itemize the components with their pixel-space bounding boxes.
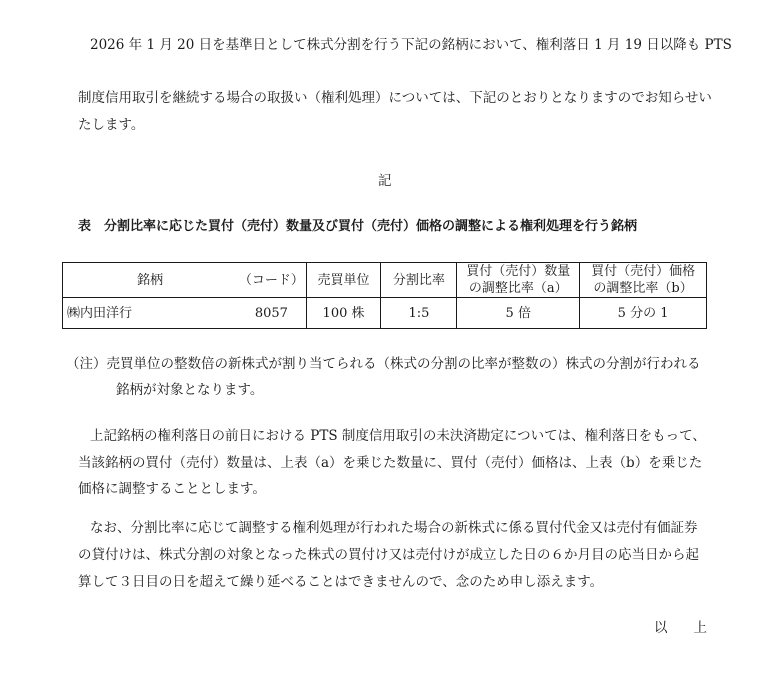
- note-line-1: （注）売買単位の整数倍の新株式が割り当てられる（株式の分割の比率が整数の）株式の…: [66, 354, 701, 374]
- header-price-adj-line1: 買付（売付）価格: [580, 263, 706, 280]
- para2-line-2: 当該銘柄の買付（売付）数量は、上表（a）を乗じた数量に、買付（売付）価格は、上表…: [78, 453, 702, 473]
- header-price-adj-line2: の調整比率（b）: [580, 280, 706, 297]
- para2-line-1: 上記銘柄の権利落日の前日における PTS 制度信用取引の未決済勘定については、権…: [90, 426, 706, 446]
- para3-line-3: 算して３日目の日を超えて繰り延べることはできませんので、念のため申し添えます。: [78, 572, 603, 592]
- intro-line-3: たします。: [78, 115, 144, 135]
- header-qty-adj-line2: の調整比率（a）: [457, 280, 579, 297]
- header-ratio: 分割比率: [381, 263, 457, 298]
- header-name: 銘柄: [63, 263, 238, 298]
- stock-split-table: 銘柄 （コード） 売買単位 分割比率 買付（売付）数量 の調整比率（a） 買付（…: [62, 262, 707, 329]
- intro-line-1: 2026 年 1 月 20 日を基準日として株式分割を行う下記の銘柄において、権…: [90, 35, 732, 55]
- table-caption: 表 分割比率に応じた買付（売付）数量及び買付（売付）価格の調整による権利処理を行…: [78, 217, 637, 237]
- intro-line-2: 制度信用取引を継続する場合の取扱い（権利処理）については、下記のとおりとなります…: [78, 88, 712, 108]
- closing-char-2: 上: [694, 618, 708, 638]
- para2-line-3: 価格に調整することとします。: [78, 479, 266, 499]
- cell-code: 8057: [237, 298, 306, 329]
- header-code: （コード）: [237, 263, 306, 298]
- closing-mark: 以上: [654, 618, 707, 638]
- para3-line-2: の貸付けは、株式分割の対象となった株式の買付け又は売付けが成立した日の６か月目の…: [78, 545, 699, 565]
- table-row: ㈱内田洋行 8057 100 株 1:5 5 倍 5 分の 1: [63, 298, 707, 329]
- closing-char-1: 以: [654, 618, 668, 638]
- cell-ratio: 1:5: [381, 298, 457, 329]
- header-qty-adj-line1: 買付（売付）数量: [457, 263, 579, 280]
- header-price-adj: 買付（売付）価格 の調整比率（b）: [580, 263, 707, 298]
- header-qty-adj: 買付（売付）数量 の調整比率（a）: [457, 263, 580, 298]
- table-header-row: 銘柄 （コード） 売買単位 分割比率 買付（売付）数量 の調整比率（a） 買付（…: [63, 263, 707, 298]
- para3-line-1: なお、分割比率に応じて調整する権利処理が行われた場合の新株式に係る買付代金又は売…: [90, 518, 698, 538]
- ki-heading: 記: [378, 171, 392, 191]
- note-line-2: 銘柄が対象となります。: [116, 380, 263, 400]
- cell-name: ㈱内田洋行: [63, 298, 238, 329]
- cell-unit: 100 株: [306, 298, 381, 329]
- cell-price-adj: 5 分の 1: [580, 298, 707, 329]
- cell-qty-adj: 5 倍: [457, 298, 580, 329]
- header-unit: 売買単位: [306, 263, 381, 298]
